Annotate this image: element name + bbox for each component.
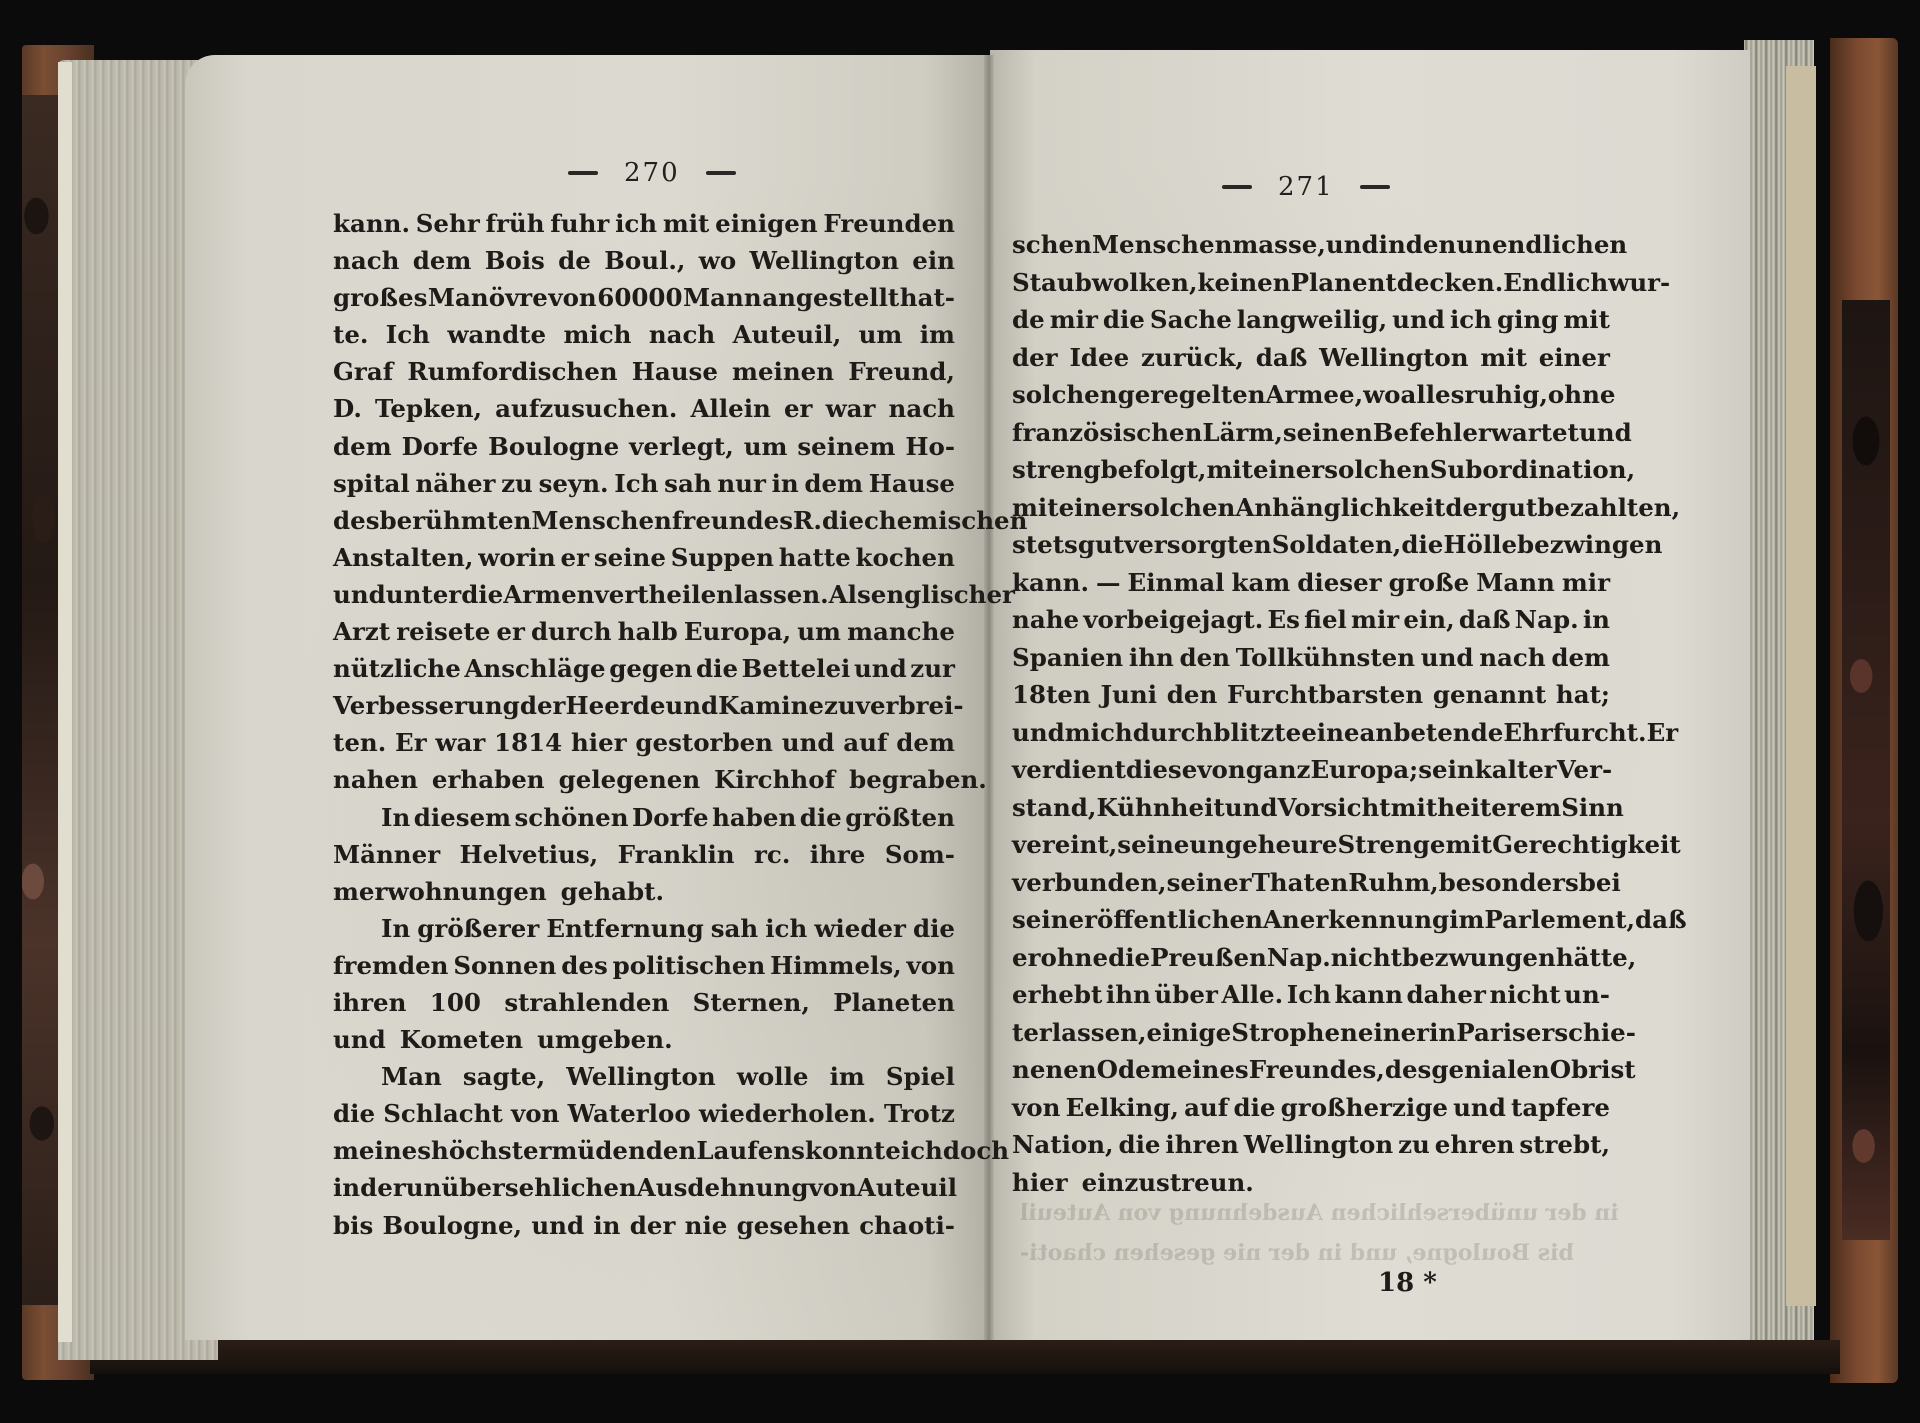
text-line: nahenerhabengelegenenKirchhofbegraben. [333,761,955,798]
text-line: großesManövrevon60000Mannangestellthat- [333,279,955,316]
text-line: vereint,seineungeheureStrengemitGerechti… [1012,826,1610,864]
dash-ornament [568,171,598,175]
text-line: Staubwolken,keinenPlanentdecken.Endlichw… [1012,264,1610,302]
text-line: merwohnungengehabt. [333,873,955,910]
text-line: meineshöchstermüdendenLaufenskonnteichdo… [333,1132,955,1169]
text-line: IndiesemschönenDorfehabendiegrößten [333,799,955,836]
text-line: bisBoulogne,undinderniegesehenchaoti- [333,1207,955,1244]
text-line: schenMenschenmasse,undindenunendlichen [1012,226,1610,264]
text-line: nützlicheAnschlägegegendieBetteleiundzur [333,650,955,687]
text-line: dieSchlachtvonWaterloowiederholen.Trotz [333,1095,955,1132]
text-line: Nation,dieihrenWellingtonzuehrenstrebt, [1012,1126,1610,1164]
text-line: ArztreiseteerdurchhalbEuropa,ummanche [333,613,955,650]
right-page-number: 271 [1278,172,1334,202]
text-line: SpanienihndenTollkühnstenundnachdem [1012,639,1610,677]
text-line: 18tenJunidenFurchtbarstengenannthat; [1012,676,1610,714]
left-page-text: kann.SehrfrühfuhrichmiteinigenFreundenna… [333,205,955,1244]
text-line: demDorfeBoulogneverlegt,umseinemHo- [333,428,955,465]
text-line: desberühmtenMenschenfreundesR.diechemisc… [333,502,955,539]
text-line: nahevorbeigejagt.Esfielmirein,daßNap.in [1012,601,1610,639]
right-page-text: schenMenschenmasse,undindenunendlichenSt… [1012,226,1610,1201]
text-line: terlassen,einigeStropheneinerinParisersc… [1012,1014,1610,1052]
left-flyleaf-edge [58,62,72,1342]
text-line: hiereinzustreun. [1012,1164,1610,1202]
text-line: solchengeregeltenArmee,woallesruhig,ohne [1012,376,1610,414]
text-line: Anstalten,worinerseineSuppenhattekochen [333,539,955,576]
right-flyleaf [1786,66,1816,1306]
dash-ornament [1222,185,1252,189]
book-bottom-edge [90,1340,1840,1374]
text-line: fremdenSonnendespolitischenHimmels,von [333,947,955,984]
text-line: strengbefolgt,miteinersolchenSubordinati… [1012,451,1610,489]
text-line: spitalnäherzuseyn.IchsahnurindemHause [333,465,955,502]
right-running-head: 271 [1222,172,1390,202]
text-line: VerbesserungderHeerdeundKaminezuverbrei- [333,687,955,724]
show-through-text-1: in der unübersehlichen Ausdehnung von Au… [1020,1200,1619,1226]
text-line: ihren100strahlendenSternen,Planeten [333,984,955,1021]
left-running-head: 270 [568,158,736,188]
right-marbled-endpaper [1842,300,1890,1240]
text-line: miteinersolchenAnhänglichkeitdergutbezah… [1012,489,1610,527]
signature-mark: 18 * [1378,1268,1437,1298]
text-line: MännerHelvetius,Franklinrc.ihreSom- [333,836,955,873]
text-line: erohnediePreußenNap.nichtbezwungenhätte, [1012,939,1610,977]
text-line: kann.SehrfrühfuhrichmiteinigenFreunden [333,205,955,242]
text-line: demirdieSachelangweilig,undichgingmit [1012,301,1610,339]
text-line: ten.Erwar1814hiergestorbenundaufdem [333,724,955,761]
text-line: vonEelking,aufdiegroßherzigeundtapfere [1012,1089,1610,1127]
text-line: nenenOdemeinesFreundes,desgenialenObrist [1012,1051,1610,1089]
text-line: D.Tepken,aufzusuchen.Alleinerwarnach [333,390,955,427]
dash-ornament [1360,185,1390,189]
text-line: IngrößererEntfernungsahichwiederdie [333,910,955,947]
text-line: stand,KühnheitundVorsichtmitheiteremSinn [1012,789,1610,827]
dash-ornament [706,171,736,175]
text-line: derIdeezurück,daßWellingtonmiteiner [1012,339,1610,377]
text-line: undunterdieArmenvertheilenlassen.Alsengl… [333,576,955,613]
text-line: erhebtihnüberAlle.Ichkanndahernichtun- [1012,976,1610,1014]
left-page-number: 270 [624,158,680,188]
text-line: GrafRumfordischenHausemeinenFreund, [333,353,955,390]
left-marbled-endpaper [22,95,58,1305]
text-line: Mansagte,WellingtonwolleimSpiel [333,1058,955,1095]
text-line: verdientdiesevonganzEuropa;seinkalterVer… [1012,751,1610,789]
text-line: verbunden,seinerThatenRuhm,besondersbei [1012,864,1610,902]
text-line: te.IchwandtemichnachAuteuil,umim [333,316,955,353]
text-line: inderunübersehlichenAusdehnungvonAuteuil [333,1169,955,1206]
text-line: kann.—EinmalkamdiesergroßeMannmir [1012,564,1610,602]
text-line: undKometenumgeben. [333,1021,955,1058]
text-line: undmichdurchblitzteeineanbetendeEhrfurch… [1012,714,1610,752]
text-line: nachdemBoisdeBoul.,woWellingtonein [333,242,955,279]
text-line: französischenLärm,seinenBefehlerwartetun… [1012,414,1610,452]
show-through-text-2: bis Boulogne, und in der nie gesehen cha… [1020,1240,1574,1266]
text-line: stetsgutversorgtenSoldaten,dieHöllebezwi… [1012,526,1610,564]
text-line: seineröffentlichenAnerkennungimParlement… [1012,901,1610,939]
